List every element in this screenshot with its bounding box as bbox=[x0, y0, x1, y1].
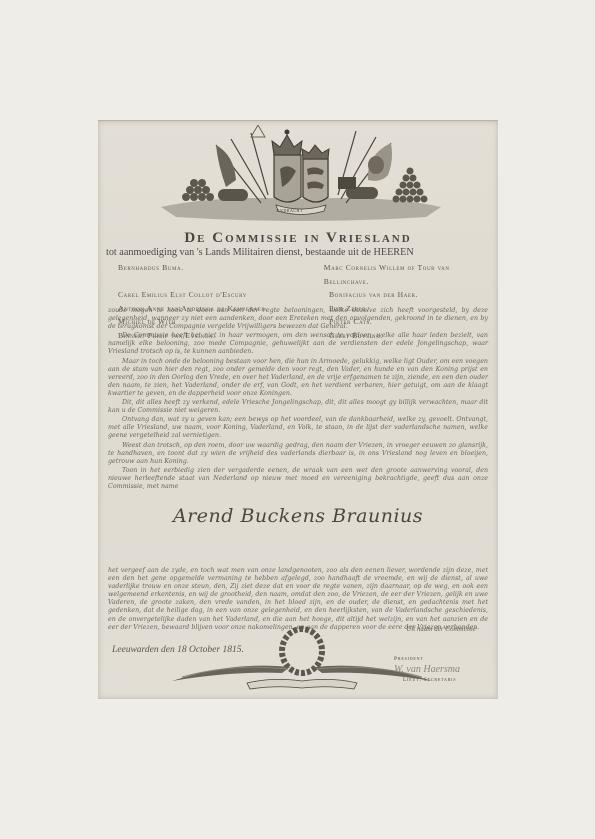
body-paragraph: Dit, dit alles heeft zy verkend, edele V… bbox=[108, 399, 488, 415]
body-paragraph: Weest dan trotsch, op den roem, door uw … bbox=[108, 442, 488, 466]
member-name: Bernhardus Buma. bbox=[118, 261, 324, 288]
secretary-label: Lieut. Secretaris bbox=[403, 677, 456, 683]
place-and-date: Leeuwarden den 18 October 1815. bbox=[112, 645, 244, 655]
member-name: Carel Emilius Elst Collot d'Escury bbox=[118, 288, 329, 302]
body-paragraph: Toon in het eerbiedig zien der vergaderd… bbox=[108, 467, 488, 491]
document-title: De Commissie in Vriesland bbox=[98, 230, 498, 247]
president-label: President bbox=[394, 656, 424, 662]
recipient-name: Arend Buckens Braunius bbox=[98, 505, 498, 527]
mat-border: ÆNDRACHT De Commissie in Vriesland tot a… bbox=[0, 0, 596, 839]
certificate-paper: ÆNDRACHT De Commissie in Vriesland tot a… bbox=[98, 120, 498, 699]
president-signature: W. van Haersma bbox=[394, 664, 460, 675]
member-name: Bonifacius van der Haer. bbox=[329, 288, 418, 302]
body-text-top: zoude mogen te hoek te doen aan een der … bbox=[108, 307, 488, 492]
body-paragraph: De Commissie heeft het niet in haar verm… bbox=[108, 332, 488, 356]
member-name: Marc Cornelis Willem of Tour van Bellinc… bbox=[324, 261, 493, 288]
crest-banner-text: ÆNDRACHT bbox=[276, 208, 303, 213]
document-subtitle: tot aanmoediging van 's Lands Militairen… bbox=[106, 247, 496, 258]
body-paragraph: Maar in toch onde de belooning bestaan v… bbox=[108, 358, 488, 398]
body-paragraph: Ontvang dan, wat zy u geven kan; een bew… bbox=[108, 416, 488, 440]
body-paragraph: zoude mogen te hoek te doen aan een der … bbox=[108, 307, 488, 331]
